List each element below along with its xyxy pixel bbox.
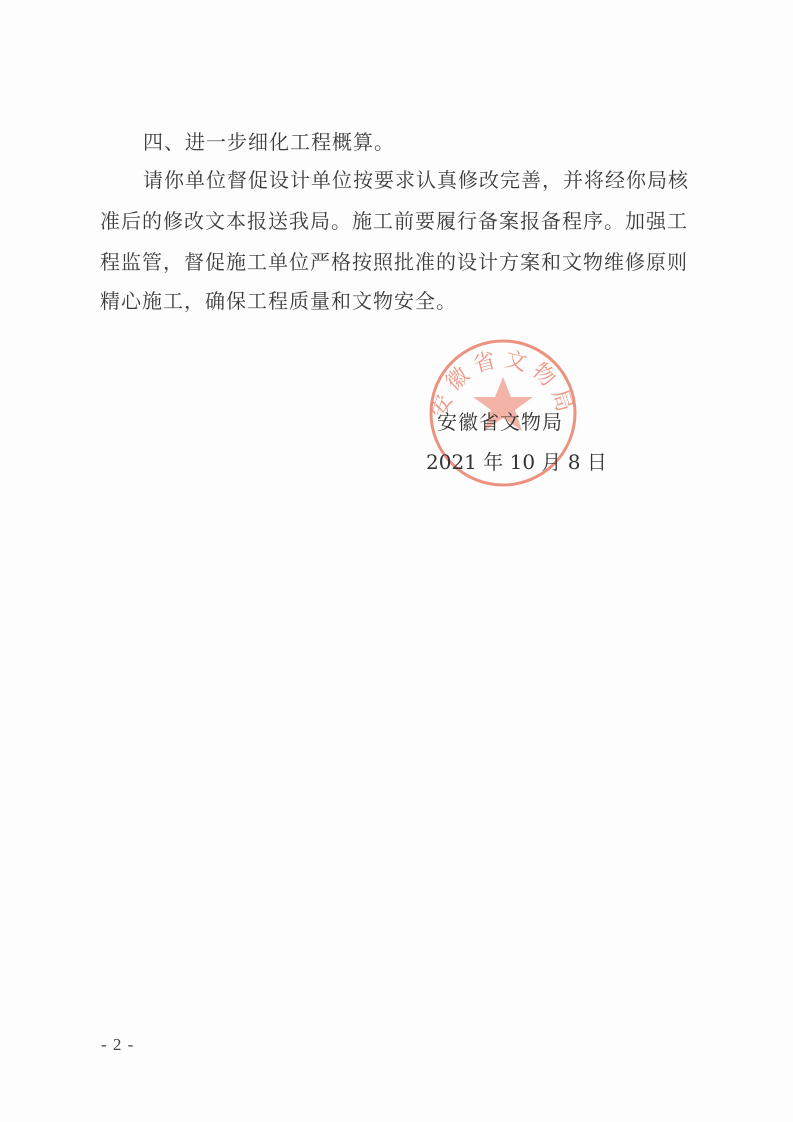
- document-page: 四、进一步细化工程概算。 请你单位督促设计单位按要求认真修改完善，并将经你局核 …: [0, 0, 793, 1122]
- paragraph-line-1: 请你单位督促设计单位按要求认真修改完善，并将经你局核: [143, 168, 689, 192]
- page-number: - 2 -: [101, 1035, 134, 1055]
- paragraph-line-4: 精心施工，确保工程质量和文物安全。: [100, 289, 457, 313]
- item-four-heading: 四、进一步细化工程概算。: [143, 130, 395, 154]
- paragraph-line-3: 程监管，督促施工单位严格按照批准的设计方案和文物维修原则: [100, 250, 688, 274]
- paragraph-line-2: 准后的修改文本报送我局。施工前要履行备案报备程序。加强工: [100, 209, 688, 233]
- issuer-name: 安徽省文物局: [437, 410, 563, 434]
- issue-date: 2021 年 10 月 8 日: [426, 450, 607, 474]
